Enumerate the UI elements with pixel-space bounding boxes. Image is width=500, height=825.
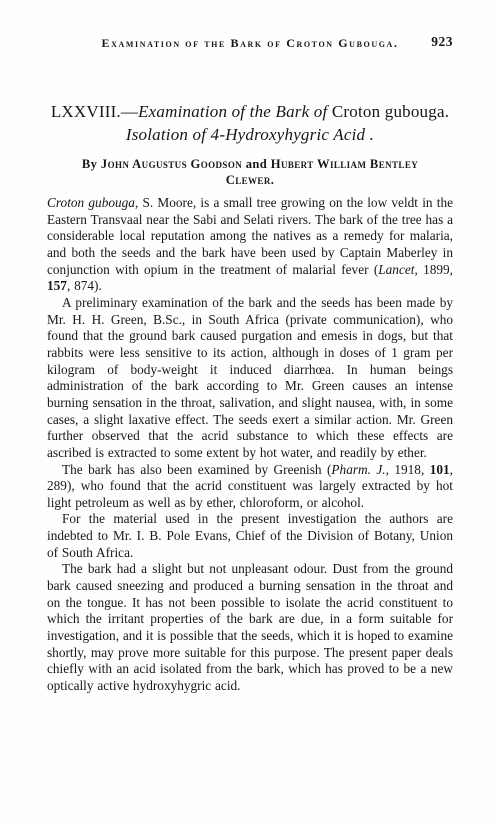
article-title: LXXVIII.—Examination of the Bark of Crot…	[30, 100, 470, 146]
text-run: The bark has also been examined by Green…	[62, 462, 331, 477]
page-number: 923	[431, 34, 453, 50]
author-name-2-continued: Clewer.	[226, 173, 275, 187]
text-run: Croton gubouga	[47, 195, 135, 210]
title-line-2: Isolation of 4-Hydroxyhygric Acid .	[30, 123, 470, 146]
text-run: A preliminary examination of the bark an…	[47, 295, 453, 460]
paragraph: For the material used in the present inv…	[47, 511, 453, 561]
title-species-name: Croton gubouga.	[332, 102, 449, 121]
text-run: The bark had a slight but not unpleasant…	[47, 561, 453, 693]
paragraph: A preliminary examination of the bark an…	[47, 295, 453, 462]
running-head: Examination of the Bark of Croton Guboug…	[47, 36, 453, 51]
text-run: 101	[430, 462, 450, 477]
title-text-italic: Examination of the Bark of	[138, 102, 332, 121]
text-run: , 874).	[67, 278, 102, 293]
text-run: , 1899,	[414, 262, 453, 277]
text-run: , 1918,	[386, 462, 430, 477]
text-run: 157	[47, 278, 67, 293]
text-run: Pharm. J.	[331, 462, 385, 477]
byline-prefix: By	[82, 157, 101, 171]
paragraph: The bark has also been examined by Green…	[47, 462, 453, 512]
author-name-1: John Augustus Goodson	[101, 157, 242, 171]
author-name-2: Hubert William Bentley	[271, 157, 418, 171]
text-run: Lancet	[378, 262, 414, 277]
title-article-number: LXXVIII.—	[51, 102, 138, 121]
article-body: Croton gubouga, S. Moore, is a small tre…	[47, 195, 453, 695]
title-subtitle: Isolation of 4-Hydroxyhygric Acid .	[126, 125, 374, 144]
byline: By John Augustus Goodson and Hubert Will…	[40, 156, 460, 188]
byline-line-2: Clewer.	[40, 172, 460, 188]
text-run: For the material used in the present inv…	[47, 511, 453, 559]
journal-page: Examination of the Bark of Croton Guboug…	[0, 0, 500, 825]
title-line-1: LXXVIII.—Examination of the Bark of Crot…	[30, 100, 470, 123]
paragraph: Croton gubouga, S. Moore, is a small tre…	[47, 195, 453, 295]
byline-line-1: By John Augustus Goodson and Hubert Will…	[40, 156, 460, 172]
paragraph: The bark had a slight but not unpleasant…	[47, 561, 453, 694]
byline-conjunction: and	[242, 157, 271, 171]
